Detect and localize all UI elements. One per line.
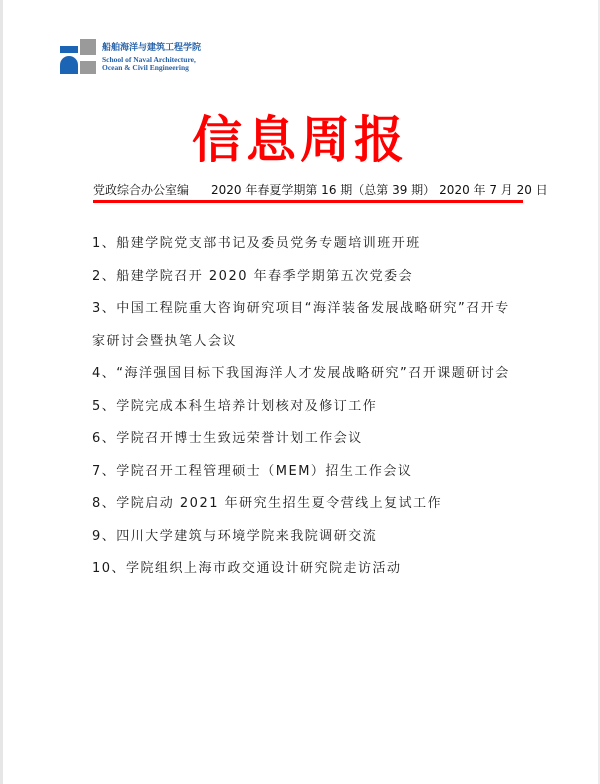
toc-item: 3、中国工程院重大咨询研究项目“海洋装备发展战略研究”召开专 — [92, 293, 522, 326]
toc-item: 10、学院组织上海市政交通设计研究院走访活动 — [92, 553, 522, 586]
toc-item: 7、学院召开工程管理硕士（MEM）招生工作会议 — [92, 456, 522, 489]
toc-item: 2、船建学院召开 2020 年春季学期第五次党委会 — [92, 261, 522, 294]
toc-item: 9、四川大学建筑与环境学院来我院调研交流 — [92, 521, 522, 554]
school-name-cn: 船舶海洋与建筑工程学院 — [102, 44, 201, 53]
red-divider — [93, 200, 523, 203]
school-name-en-line2: Ocean & Civil Engineering — [102, 64, 201, 72]
issue-editor: 党政综合办公室编 — [93, 181, 189, 198]
toc-item: 4、“海洋强国目标下我国海洋人才发展战略研究”召开课题研讨会 — [92, 358, 522, 391]
issue-date: 2020 年 7 月 20 日 — [439, 181, 548, 198]
school-logo: 船舶海洋与建筑工程学院 School of Naval Architecture… — [58, 38, 201, 78]
school-logo-mark-icon — [58, 39, 98, 77]
table-of-contents: 1、船建学院党支部书记及委员党务专题培训班开班 2、船建学院召开 2020 年春… — [92, 228, 522, 586]
toc-item: 1、船建学院党支部书记及委员党务专题培训班开班 — [92, 228, 522, 261]
school-name: 船舶海洋与建筑工程学院 School of Naval Architecture… — [102, 44, 201, 73]
issue-info-line: 党政综合办公室编 2020 年春夏学期第 16 期（总第 39 期） 2020 … — [93, 181, 523, 198]
issue-number: 2020 年春夏学期第 16 期（总第 39 期） — [211, 181, 435, 198]
toc-item-continuation: 家研讨会暨执笔人会议 — [92, 326, 522, 359]
toc-item: 5、学院完成本科生培养计划核对及修订工作 — [92, 391, 522, 424]
toc-item: 6、学院召开博士生致远荣誉计划工作会议 — [92, 423, 522, 456]
toc-item: 8、学院启动 2021 年研究生招生夏令营线上复试工作 — [92, 488, 522, 521]
masthead-title: 信息周报 — [0, 108, 600, 172]
masthead: 信息周报 — [0, 108, 600, 172]
